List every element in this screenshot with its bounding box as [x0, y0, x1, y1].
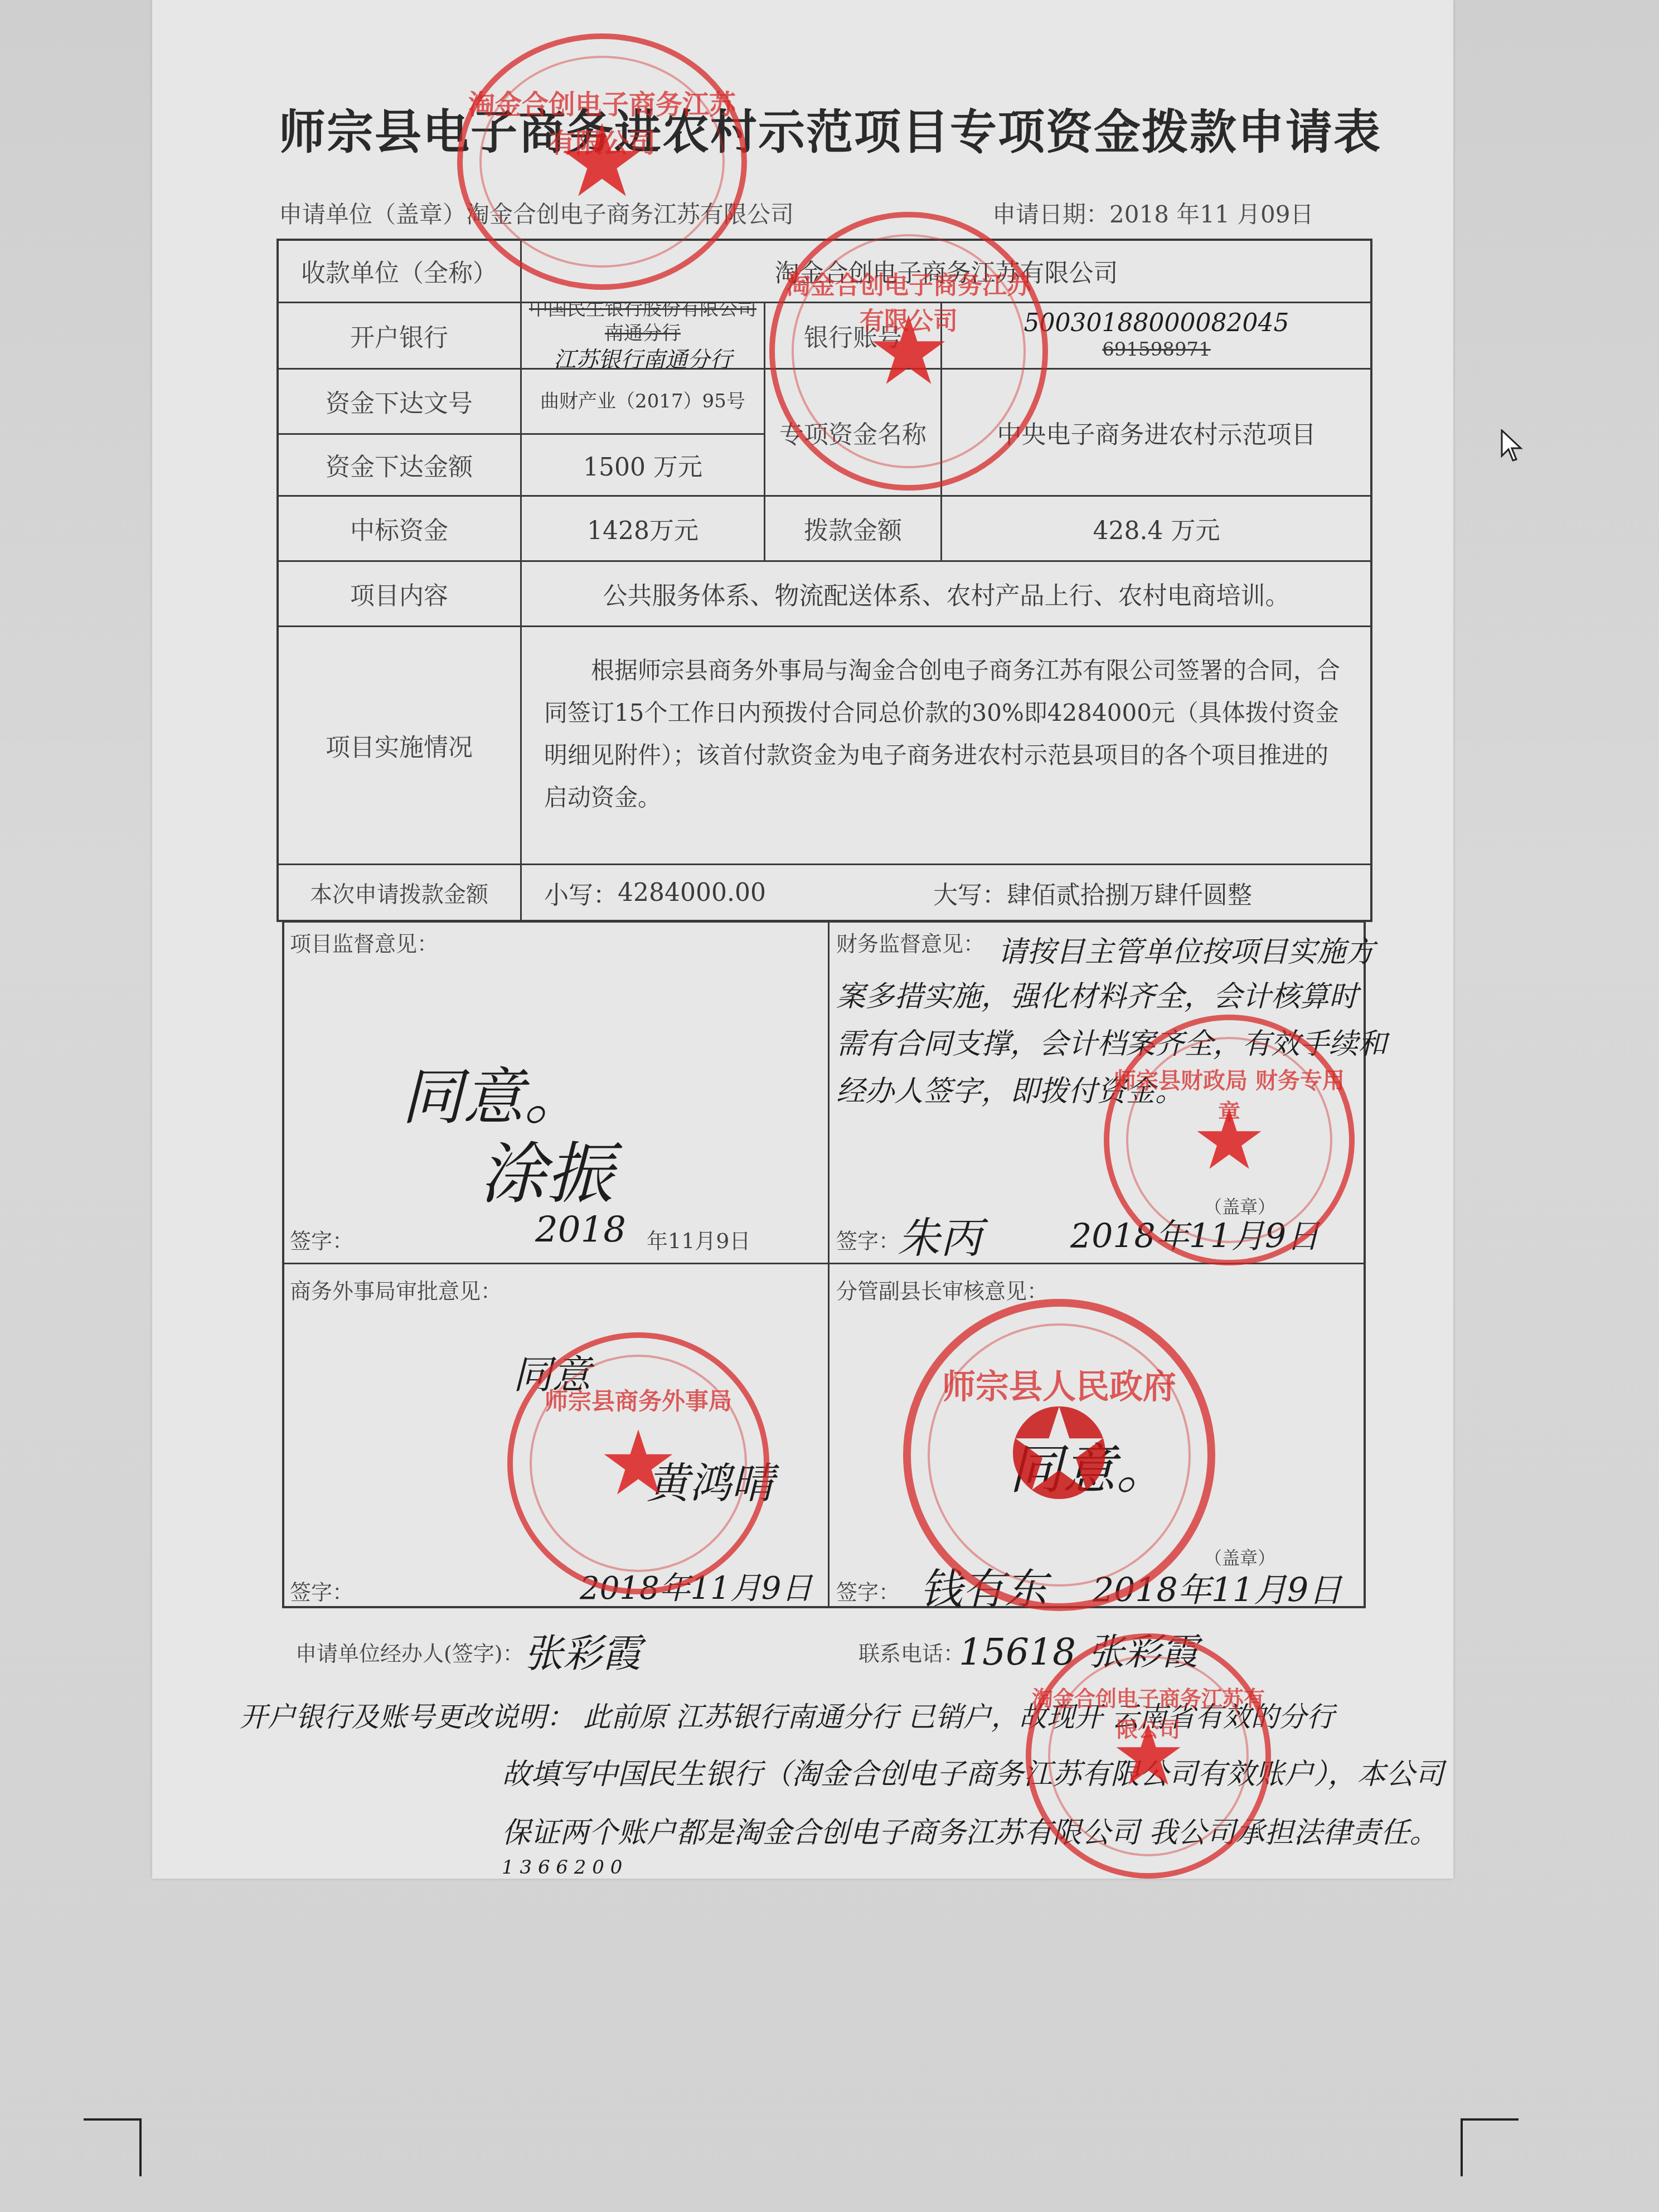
commerce-label: 商务外事局审批意见： — [290, 1274, 502, 1304]
date-line: 申请日期：2018 年11 月09日 — [992, 196, 1314, 230]
handler-value: 张彩霞 — [524, 1622, 641, 1679]
finance-label: 财务监督意见： — [836, 926, 984, 957]
bank-label: 开户银行 — [276, 302, 522, 370]
supervision-date-rest: 年11月9日 — [647, 1224, 751, 1254]
disburse-value: 428.4 万元 — [940, 495, 1372, 562]
content-value: 公共服务体系、物流配送体系、农村产品上行、农村电商培训。 — [520, 560, 1372, 627]
request-label: 本次申请拨款金额 — [276, 864, 522, 922]
account-label: 银行账号 — [764, 302, 942, 370]
supervision-signature: 涂振 — [479, 1120, 613, 1216]
finance-line-2: 案多措实施，强化材料齐全，会计核算时 — [836, 973, 1358, 1015]
page-title: 师宗县电子商务进农村示范项目专项资金拨款申请表 — [279, 95, 1371, 162]
screen-corner-left — [84, 2118, 142, 2176]
bid-value: 1428万元 — [520, 495, 765, 562]
commerce-box — [282, 1263, 829, 1608]
doc-no-label: 资金下达文号 — [276, 368, 522, 435]
applicant-line: 申请单位（盖章）淘金合创电子商务江苏有限公司 — [279, 196, 794, 230]
amount-value: 1500 万元 — [520, 433, 765, 497]
supervision-label: 项目监督意见： — [290, 926, 438, 957]
mouse-pointer-icon — [1501, 429, 1523, 463]
finance-line-3: 需有合同支撑，会计档案齐全，有效手续和 — [836, 1020, 1387, 1062]
finance-date-hand: 2018年11月9日 — [1070, 1210, 1320, 1258]
deputy-stamp-note: （盖章） — [1204, 1544, 1275, 1570]
impl-value: 根据师宗县商务外事局与淘金合创电子商务江苏有限公司签署的合同，合同签订15个工作… — [520, 625, 1372, 865]
supervision-date-hand: 2018 — [535, 1210, 626, 1251]
project-name-value: 中央电子商务进农村示范项目 — [940, 368, 1372, 497]
finance-line-1: 请按目主管单位按项目实施方 — [998, 928, 1375, 970]
applicant-label: 申请单位（盖章） — [279, 201, 466, 228]
commerce-date-hand: 2018年11月9日 — [580, 1564, 812, 1608]
account-value-printed: 691598971 — [1102, 337, 1211, 362]
request-big-value: 肆佰贰拾捌万肆仟圆整 — [1007, 875, 1252, 911]
finance-stamp-note: （盖章） — [1204, 1193, 1275, 1219]
deputy-handwritten: 同意。 — [1009, 1427, 1170, 1503]
bank-value: 中国民生银行股份有限公司南通分行 江苏银行南通分行 — [520, 302, 765, 370]
doc-no-value: 曲财产业（2017）95号 — [520, 368, 765, 435]
commerce-signature: 黄鸿晴 — [647, 1449, 774, 1510]
note-line-4: 1 3 6 6 2 0 0 — [502, 1856, 622, 1879]
impl-label: 项目实施情况 — [276, 625, 522, 865]
finance-line-4: 经办人签字，即拨付资金。 — [836, 1068, 1184, 1109]
payee-label: 收款单位（全称） — [276, 239, 522, 303]
content-label: 项目内容 — [276, 560, 522, 627]
request-small-value: 4284000.00 — [618, 879, 766, 907]
amount-label: 资金下达金额 — [276, 433, 522, 497]
screen-corner-right — [1461, 2118, 1519, 2176]
payee-value: 淘金合创电子商务江苏有限公司 — [520, 239, 1372, 303]
bid-label: 中标资金 — [276, 495, 522, 562]
applicant-value: 淘金合创电子商务江苏有限公司 — [466, 201, 794, 228]
note-line-2: 故填写中国民生银行（淘金合创电子商务江苏有限公司有效账户），本公司 — [502, 1750, 1444, 1792]
phone-value: 15618 张彩霞 — [959, 1622, 1198, 1675]
note-line-3: 保证两个账户都是淘金合创电子商务江苏有限公司 我公司承担法律责任。 — [502, 1809, 1439, 1851]
deputy-sign-label: 签字： — [836, 1575, 900, 1605]
finance-sign-label: 签字： — [836, 1224, 900, 1254]
request-big-label: 大写： — [933, 875, 1007, 911]
date-value: 2018 年11 月09日 — [1109, 201, 1313, 228]
note-line-1: 开户银行及账号更改说明： 此前原 江苏银行南通分行 已销户，故现开 云南省有效的… — [240, 1695, 1335, 1735]
commerce-sign-label: 签字： — [290, 1575, 353, 1605]
request-value: 小写：4284000.00 大写：肆佰贰拾捌万肆仟圆整 — [520, 864, 1372, 922]
deputy-signature: 钱有东 — [920, 1555, 1047, 1616]
project-name-label: 专项资金名称 — [764, 368, 942, 497]
bank-value-handwritten: 江苏银行南通分行 — [554, 346, 732, 370]
deputy-label: 分管副县长审核意见： — [836, 1274, 1048, 1304]
deputy-date-hand: 2018年11月9日 — [1093, 1564, 1342, 1612]
finance-signature: 朱丙 — [898, 1204, 982, 1265]
phone-label: 联系电话： — [858, 1636, 964, 1667]
handler-label: 申请单位经办人(签字)： — [295, 1636, 524, 1667]
commerce-handwritten: 同意 — [513, 1343, 591, 1400]
monitor-screen: 师宗县电子商务进农村示范项目专项资金拨款申请表 申请单位（盖章）淘金合创电子商务… — [0, 0, 1659, 2212]
account-value-handwritten: 50030188000082045 — [1024, 309, 1289, 337]
account-value: 50030188000082045 691598971 — [940, 302, 1372, 370]
supervision-sign-label: 签字： — [290, 1224, 353, 1254]
disburse-label: 拨款金额 — [764, 495, 942, 562]
date-label: 申请日期： — [992, 201, 1109, 228]
request-small-label: 小写： — [544, 875, 618, 911]
bank-value-printed: 中国民生银行股份有限公司南通分行 — [522, 302, 764, 346]
